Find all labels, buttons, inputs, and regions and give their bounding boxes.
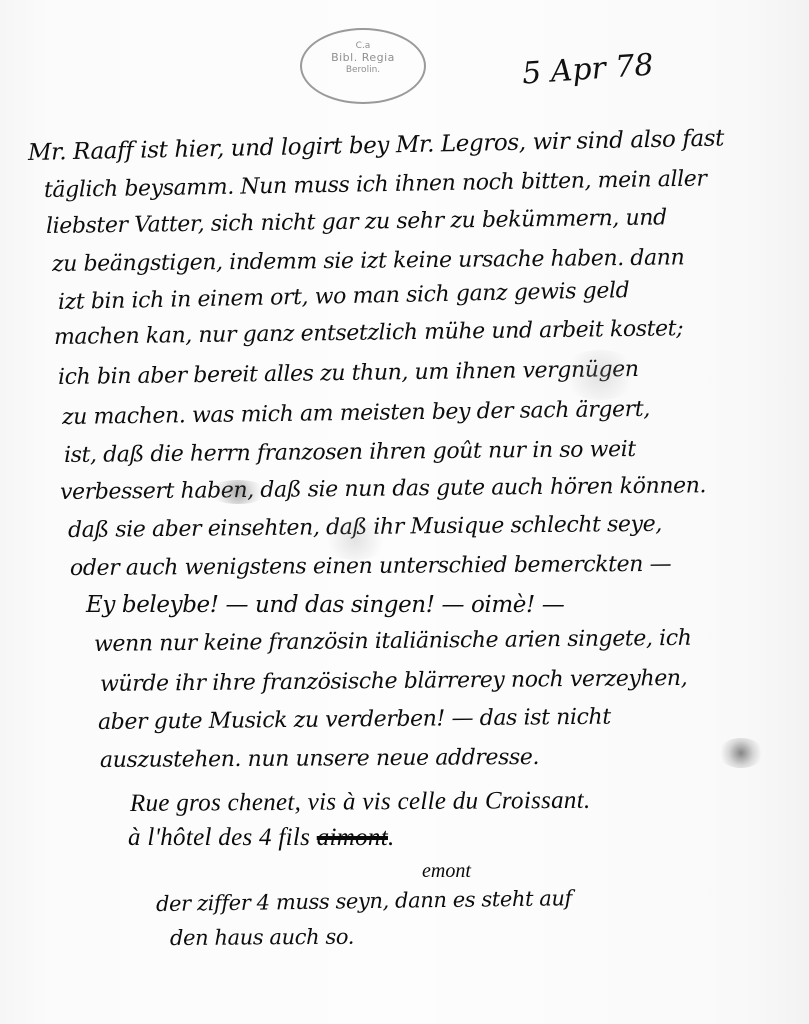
letter-date: 5 Apr 78 (521, 47, 655, 91)
ink-blot (718, 738, 764, 768)
letter-line-9: ist, daß die herrn franzosen ihren goût … (64, 437, 636, 468)
letter-line-10: verbessert haben, daß sie nun das gute a… (60, 473, 706, 505)
letter-line-16: aber gute Musick zu verderben! — das ist… (98, 705, 611, 735)
letter-line-14: wenn nur keine französin italiänische ar… (94, 626, 692, 657)
address-struck-word: aimont (317, 824, 388, 851)
address-line-2-prefix: à l'hôtel des 4 fils (128, 824, 310, 851)
paper-stain (560, 350, 640, 400)
address-line-2: à l'hôtel des 4 fils aimont. (128, 824, 395, 852)
stamp-line-2: Bibl. Regia (302, 52, 424, 64)
letter-line-17: auszustehen. nun unsere neue addresse. (100, 745, 539, 773)
library-stamp: C.a Bibl. Regia Berolin. (300, 28, 426, 104)
letter-line-15: würde ihr ihre französische blärrerey no… (100, 666, 687, 697)
letter-line-4: zu beängstigen, indemm sie izt keine urs… (52, 245, 685, 277)
letter-line-3: liebster Vatter, sich nicht gar zu sehr … (46, 205, 667, 239)
ink-smudge (208, 480, 268, 504)
address-correction: emont (422, 860, 471, 883)
letter-line-6: machen kan, nur ganz entsetzlich mühe un… (54, 316, 683, 350)
stamp-line-3: Berolin. (302, 64, 424, 76)
letter-line-5: izt bin ich in einem ort, wo man sich ga… (58, 278, 630, 315)
address-line-1: Rue gros chenet, vis à vis celle du Croi… (130, 787, 591, 818)
letter-page: C.a Bibl. Regia Berolin. 5 Apr 78 Mr. Ra… (0, 0, 809, 1024)
letter-line-2: täglich beysamm. Nun muss ich ihnen noch… (44, 166, 707, 203)
postscript-line-1: der ziffer 4 muss seyn, dann es steht au… (156, 886, 572, 916)
postscript-line-2: den haus auch so. (170, 925, 354, 950)
paper-stain (320, 520, 390, 560)
letter-line-8: zu machen. was mich am meisten bey der s… (62, 397, 650, 430)
address-line-2-suffix: . (388, 824, 395, 851)
letter-line-1: Mr. Raaff ist hier, und logirt bey Mr. L… (28, 125, 725, 166)
letter-line-13: Ey beleybe! — und das singen! — oimè! — (86, 592, 564, 618)
letter-line-7: ich bin aber bereit alles zu thun, um ih… (58, 357, 639, 390)
